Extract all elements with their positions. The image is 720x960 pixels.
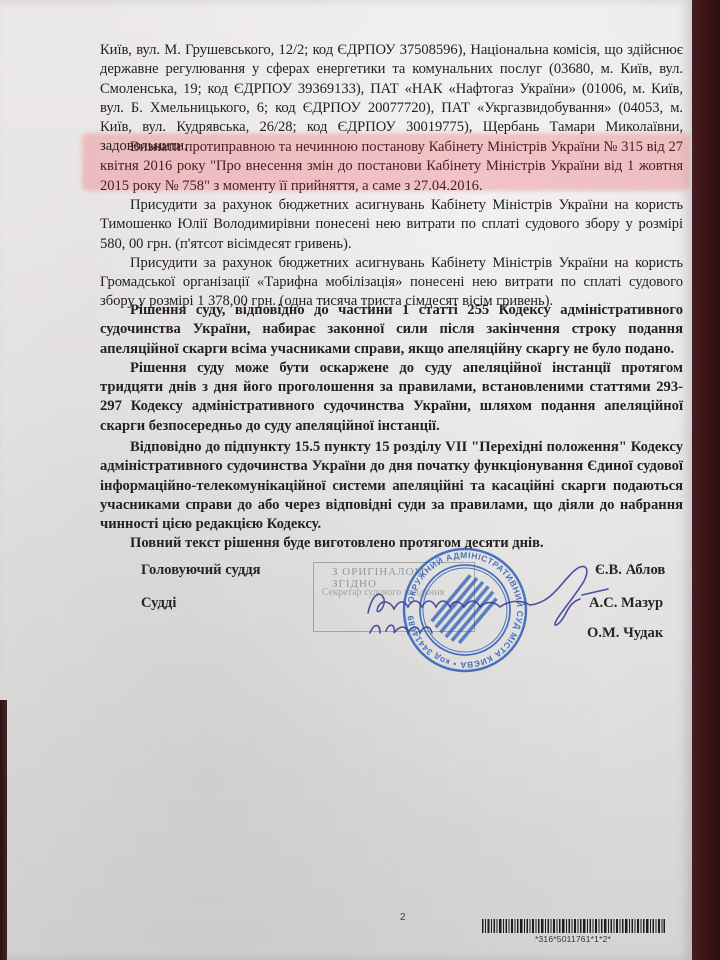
paragraph-legal-force: Рішення суду, відповідно до частини 1 ст…: [100, 301, 683, 436]
page-number: 2: [400, 912, 406, 923]
handwritten-signature-icon: [360, 555, 620, 645]
paragraph-text: Відповідно до підпункту 15.5 пункту 15 р…: [100, 438, 683, 534]
paragraph-highlighted-ruling: Визнати протиправною та нечинною постано…: [100, 138, 683, 196]
paragraph-text: Визнати протиправною та нечинною постано…: [100, 138, 683, 196]
presiding-judge-label: Головуючий суддя: [141, 562, 261, 579]
document-page: Київ, вул. М. Грушевського, 12/2; код ЄД…: [0, 0, 692, 960]
paragraph-text: Присудити за рахунок бюджетних асигнуван…: [100, 196, 683, 254]
background-edge: [0, 700, 7, 960]
paragraph-appeal-procedure: Відповідно до підпункту 15.5 пункту 15 р…: [100, 438, 683, 554]
barcode-icon: [482, 919, 665, 933]
paragraph-text: Рішення суду може бути оскаржене до суду…: [100, 359, 683, 436]
judges-label: Судді: [141, 595, 176, 612]
barcode-label: *316*5011761*1*2*: [535, 934, 611, 944]
paragraph-costs: Присудити за рахунок бюджетних асигнуван…: [100, 196, 683, 312]
paragraph-text: Повний текст рішення буде виготовлено пр…: [100, 534, 683, 553]
paragraph-text: Рішення суду, відповідно до частини 1 ст…: [100, 301, 683, 359]
background-surface: [688, 0, 720, 960]
